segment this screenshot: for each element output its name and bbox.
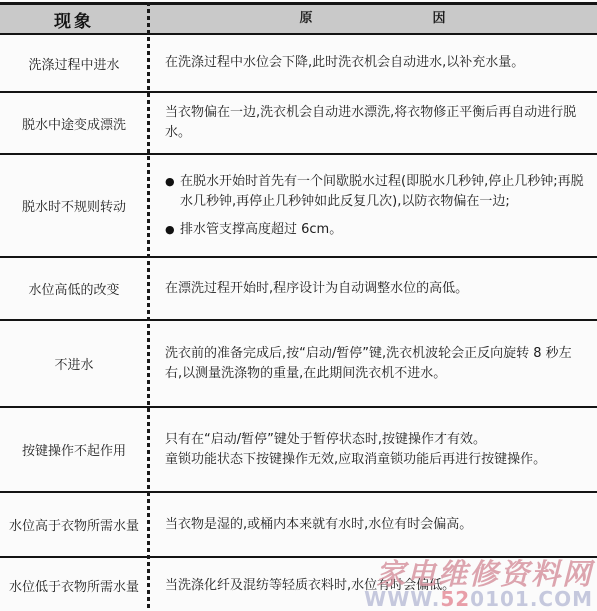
cause-cell: 当洗涤化纤及混纺等轻质衣料时,水位有时会偏低。	[148, 558, 597, 611]
cause-cell: 洗衣前的准备完成后,按“启动/暂停”键,洗衣机波轮会正反向旋转 8 秒左右,以测…	[148, 321, 597, 406]
header-cause-char-2: 因	[433, 9, 446, 29]
header-cause-char-1: 原	[299, 9, 312, 29]
cause-cell: 当衣物偏在一边,洗衣机会自动进水漂洗,将衣物修正平衡后再自动进行脱水。	[148, 93, 597, 153]
table-row: 水位高于衣物所需水量 当衣物是湿的,或桶内本来就有水时,水位有时会偏高。	[0, 493, 597, 558]
phenomenon-label: 脱水时不规则转动	[0, 155, 148, 256]
table-row: 水位低于衣物所需水量 当洗涤化纤及混纺等轻质衣料时,水位有时会偏低。	[0, 558, 597, 611]
column-divider-dotted-line	[147, 2, 150, 611]
cause-cell: 在洗涤过程中水位会下降,此时洗衣机会自动进水,以补充水量。	[148, 35, 597, 91]
cause-text: 童锁功能状态下按键操作无效,应取消童锁功能后再进行按键操作。	[165, 450, 585, 470]
cause-text: 在脱水开始时首先有一个间歇脱水过程(即脱水几秒钟,停止几秒钟;再脱水几秒钟,再停…	[180, 172, 585, 212]
table-row: 按键操作不起作用 只有在“启动/暂停”键处于暂停状态时,按键操作才有效。 童锁功…	[0, 408, 597, 493]
cause-cell: ● 在脱水开始时首先有一个间歇脱水过程(即脱水几秒钟,停止几秒钟;再脱水几秒钟,…	[148, 155, 597, 256]
phenomenon-label: 水位高低的改变	[0, 258, 148, 319]
bullet-icon: ●	[165, 172, 180, 192]
cause-cell: 在漂洗过程开始时,程序设计为自动调整水位的高低。	[148, 258, 597, 319]
cause-text: 当衣物是湿的,或桶内本来就有水时,水位有时会偏高。	[165, 515, 585, 535]
table-header-row: 现象 原 因	[0, 5, 597, 35]
bullet-icon: ●	[165, 220, 180, 240]
troubleshooting-table: 现象 原 因 洗涤过程中进水 在洗涤过程中水位会下降,此时洗衣机会自动进水,以补…	[0, 2, 597, 611]
cause-text: 洗衣前的准备完成后,按“启动/暂停”键,洗衣机波轮会正反向旋转 8 秒左右,以测…	[165, 344, 585, 384]
phenomenon-label: 水位高于衣物所需水量	[0, 493, 148, 556]
cause-cell: 当衣物是湿的,或桶内本来就有水时,水位有时会偏高。	[148, 493, 597, 556]
header-cause: 原 因	[148, 5, 597, 33]
phenomenon-label: 水位低于衣物所需水量	[0, 558, 148, 611]
phenomenon-label: 脱水中途变成漂洗	[0, 93, 148, 153]
table-row: 洗涤过程中进水 在洗涤过程中水位会下降,此时洗衣机会自动进水,以补充水量。	[0, 35, 597, 93]
table-row: 脱水中途变成漂洗 当衣物偏在一边,洗衣机会自动进水漂洗,将衣物修正平衡后再自动进…	[0, 93, 597, 155]
phenomenon-label: 不进水	[0, 321, 148, 406]
cause-text: 当衣物偏在一边,洗衣机会自动进水漂洗,将衣物修正平衡后再自动进行脱水。	[165, 103, 585, 143]
table-row: 水位高低的改变 在漂洗过程开始时,程序设计为自动调整水位的高低。	[0, 258, 597, 321]
phenomenon-label: 按键操作不起作用	[0, 408, 148, 491]
table-row: 不进水 洗衣前的准备完成后,按“启动/暂停”键,洗衣机波轮会正反向旋转 8 秒左…	[0, 321, 597, 408]
table-row: 脱水时不规则转动 ● 在脱水开始时首先有一个间歇脱水过程(即脱水几秒钟,停止几秒…	[0, 155, 597, 258]
header-phenomenon: 现象	[0, 5, 148, 33]
cause-text: 在洗涤过程中水位会下降,此时洗衣机会自动进水,以补充水量。	[165, 53, 585, 73]
cause-bullet-item: ● 在脱水开始时首先有一个间歇脱水过程(即脱水几秒钟,停止几秒钟;再脱水几秒钟,…	[165, 172, 585, 212]
phenomenon-label: 洗涤过程中进水	[0, 35, 148, 91]
cause-text: 排水管支撑高度超过 6cm。	[180, 220, 342, 240]
cause-cell: 只有在“启动/暂停”键处于暂停状态时,按键操作才有效。 童锁功能状态下按键操作无…	[148, 408, 597, 491]
cause-bullet-item: ● 排水管支撑高度超过 6cm。	[165, 220, 585, 240]
cause-text: 当洗涤化纤及混纺等轻质衣料时,水位有时会偏低。	[165, 576, 585, 596]
troubleshooting-page: 现象 原 因 洗涤过程中进水 在洗涤过程中水位会下降,此时洗衣机会自动进水,以补…	[0, 0, 597, 611]
cause-text: 在漂洗过程开始时,程序设计为自动调整水位的高低。	[165, 279, 585, 299]
cause-text: 只有在“启动/暂停”键处于暂停状态时,按键操作才有效。	[165, 430, 585, 450]
